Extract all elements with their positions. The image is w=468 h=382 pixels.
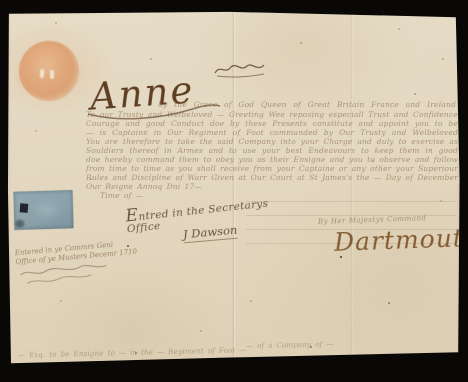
stamp-cancel-mark bbox=[20, 203, 29, 213]
stamp-ink-blot bbox=[15, 220, 24, 228]
body-line: Time of — bbox=[100, 191, 260, 200]
seal-emboss-mark bbox=[40, 69, 45, 78]
duty-stamp bbox=[13, 190, 73, 230]
docket-inscription-icon bbox=[212, 60, 272, 80]
stain-specks bbox=[0, 0, 2, 2]
crease-line bbox=[246, 201, 456, 202]
body-line: by the Grace of God Queen of Great Brita… bbox=[158, 100, 456, 110]
photo-background: Anne by the Grace of God Queen of Great … bbox=[0, 0, 468, 382]
muster-office-entry: Entered in ye Commrs Genl Office of ye M… bbox=[14, 239, 139, 289]
fold-crease-vertical bbox=[350, 0, 354, 382]
bottom-docket-left: — Esq. to be Ensigne to — in the — Regim… bbox=[18, 346, 248, 360]
countersignature-dartmouth: Dartmouthe bbox=[334, 222, 468, 257]
bottom-docket-right: — of a Company of — bbox=[246, 340, 366, 352]
seal-emboss-mark bbox=[50, 70, 54, 79]
body-line: Our Reigne Annoq Dni 17— bbox=[86, 182, 386, 191]
secretary-signature: J Dawson bbox=[182, 223, 238, 244]
parchment-document: Anne by the Grace of God Queen of Great … bbox=[0, 0, 468, 382]
